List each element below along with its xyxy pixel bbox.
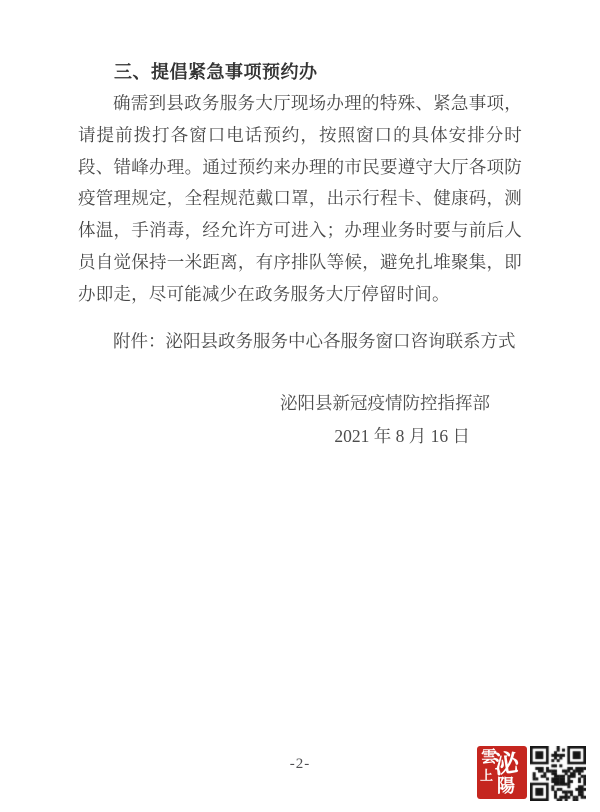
attachment-line: 附件：泌阳县政务服务中心各服务窗口咨询联系方式	[78, 328, 522, 354]
issue-date: 2021 年 8 月 16 日	[78, 423, 522, 449]
footer-branding: 雲 上 泌 陽	[477, 746, 586, 801]
qr-code	[530, 746, 586, 801]
issuer-signature: 泌阳县新冠疫情防控指挥部	[78, 390, 522, 416]
body-paragraph: 确需到县政务服务大厅现场办理的特殊、紧急事项，请提前拨打各窗口电话预约，按照窗口…	[78, 88, 522, 311]
seal-character: 上	[480, 769, 493, 782]
yunshang-biyang-seal-icon: 雲 上 泌 陽	[477, 746, 527, 799]
document-page: 三、提倡紧急事项预约办 确需到县政务服务大厅现场办理的特殊、紧急事项，请提前拨打…	[0, 0, 600, 812]
seal-character: 陽	[497, 777, 515, 795]
section-heading: 三、提倡紧急事项预约办	[78, 59, 522, 85]
seal-character: 泌	[492, 750, 520, 778]
